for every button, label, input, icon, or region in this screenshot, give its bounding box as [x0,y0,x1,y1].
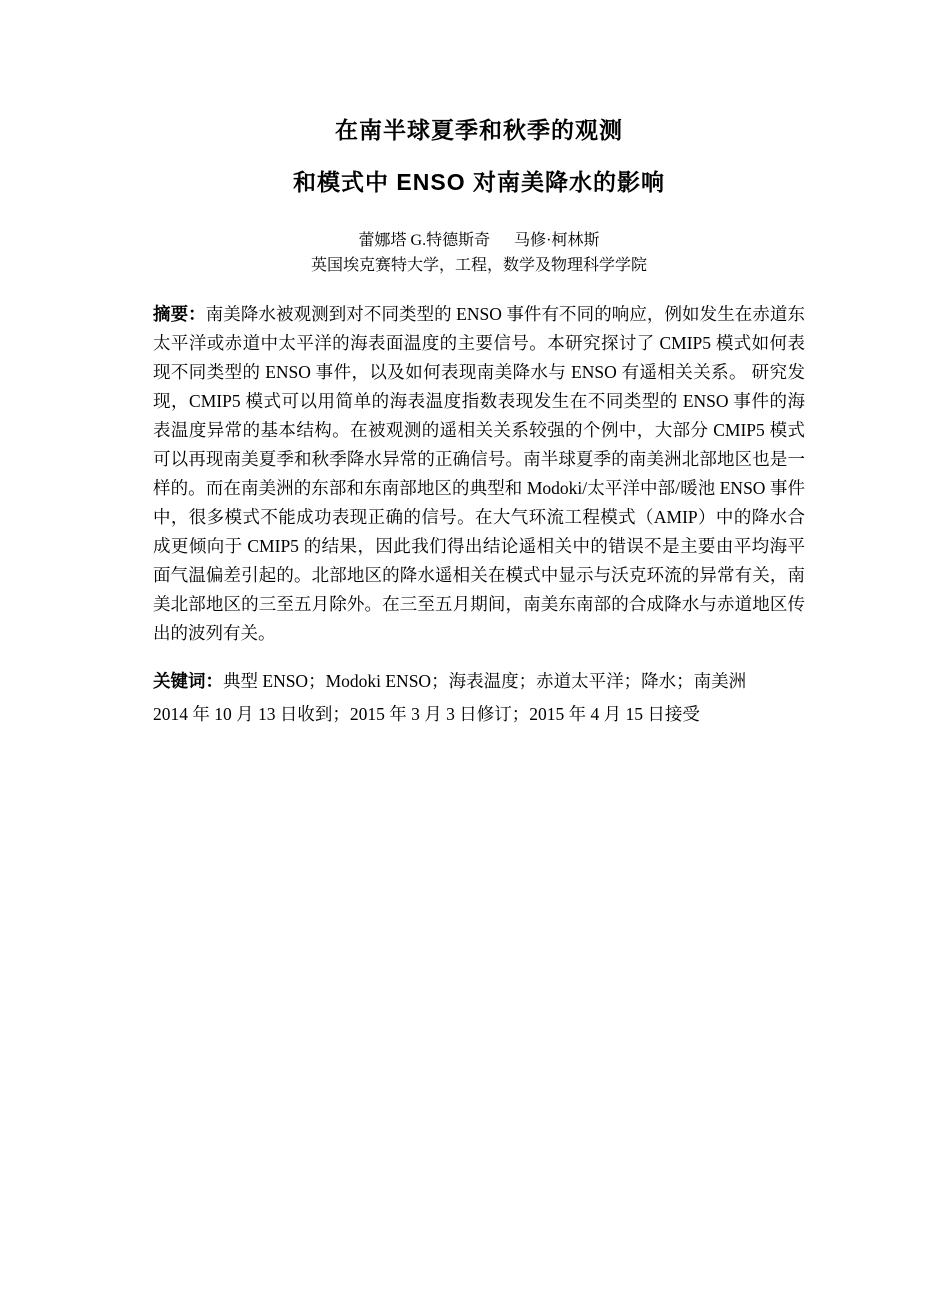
authors-line: 蕾娜塔 G.特德斯奇马修·柯林斯 [153,228,805,253]
paper-title-line-2: 和模式中 ENSO 对南美降水的影响 [153,167,805,197]
dates-line: 2014 年 10 月 13 日收到；2015 年 3 月 3 日修订；2015… [153,701,805,728]
keywords-label: 关键词： [153,671,223,691]
abstract-text: 南美降水被观测到对不同类型的 ENSO 事件有不同的响应，例如发生在赤道东太平洋… [153,304,805,643]
keywords-line: 关键词：典型 ENSO；Modoki ENSO；海表温度；赤道太平洋；降水；南美… [153,668,805,695]
document-page: 在南半球夏季和秋季的观测 和模式中 ENSO 对南美降水的影响 蕾娜塔 G.特德… [0,0,926,1309]
abstract-paragraph: 摘要：南美降水被观测到对不同类型的 ENSO 事件有不同的响应，例如发生在赤道东… [153,300,805,648]
paper-title: 在南半球夏季和秋季的观测 和模式中 ENSO 对南美降水的影响 [153,115,805,197]
author-name-2: 马修·柯林斯 [514,232,599,249]
author-name-1: 蕾娜塔 G.特德斯奇 [359,232,491,249]
paper-title-line-1: 在南半球夏季和秋季的观测 [153,115,805,145]
keywords-text: 典型 ENSO；Modoki ENSO；海表温度；赤道太平洋；降水；南美洲 [223,671,746,691]
abstract-label: 摘要： [153,304,206,324]
affiliation: 英国埃克赛特大学，工程，数学及物理科学学院 [153,253,805,278]
